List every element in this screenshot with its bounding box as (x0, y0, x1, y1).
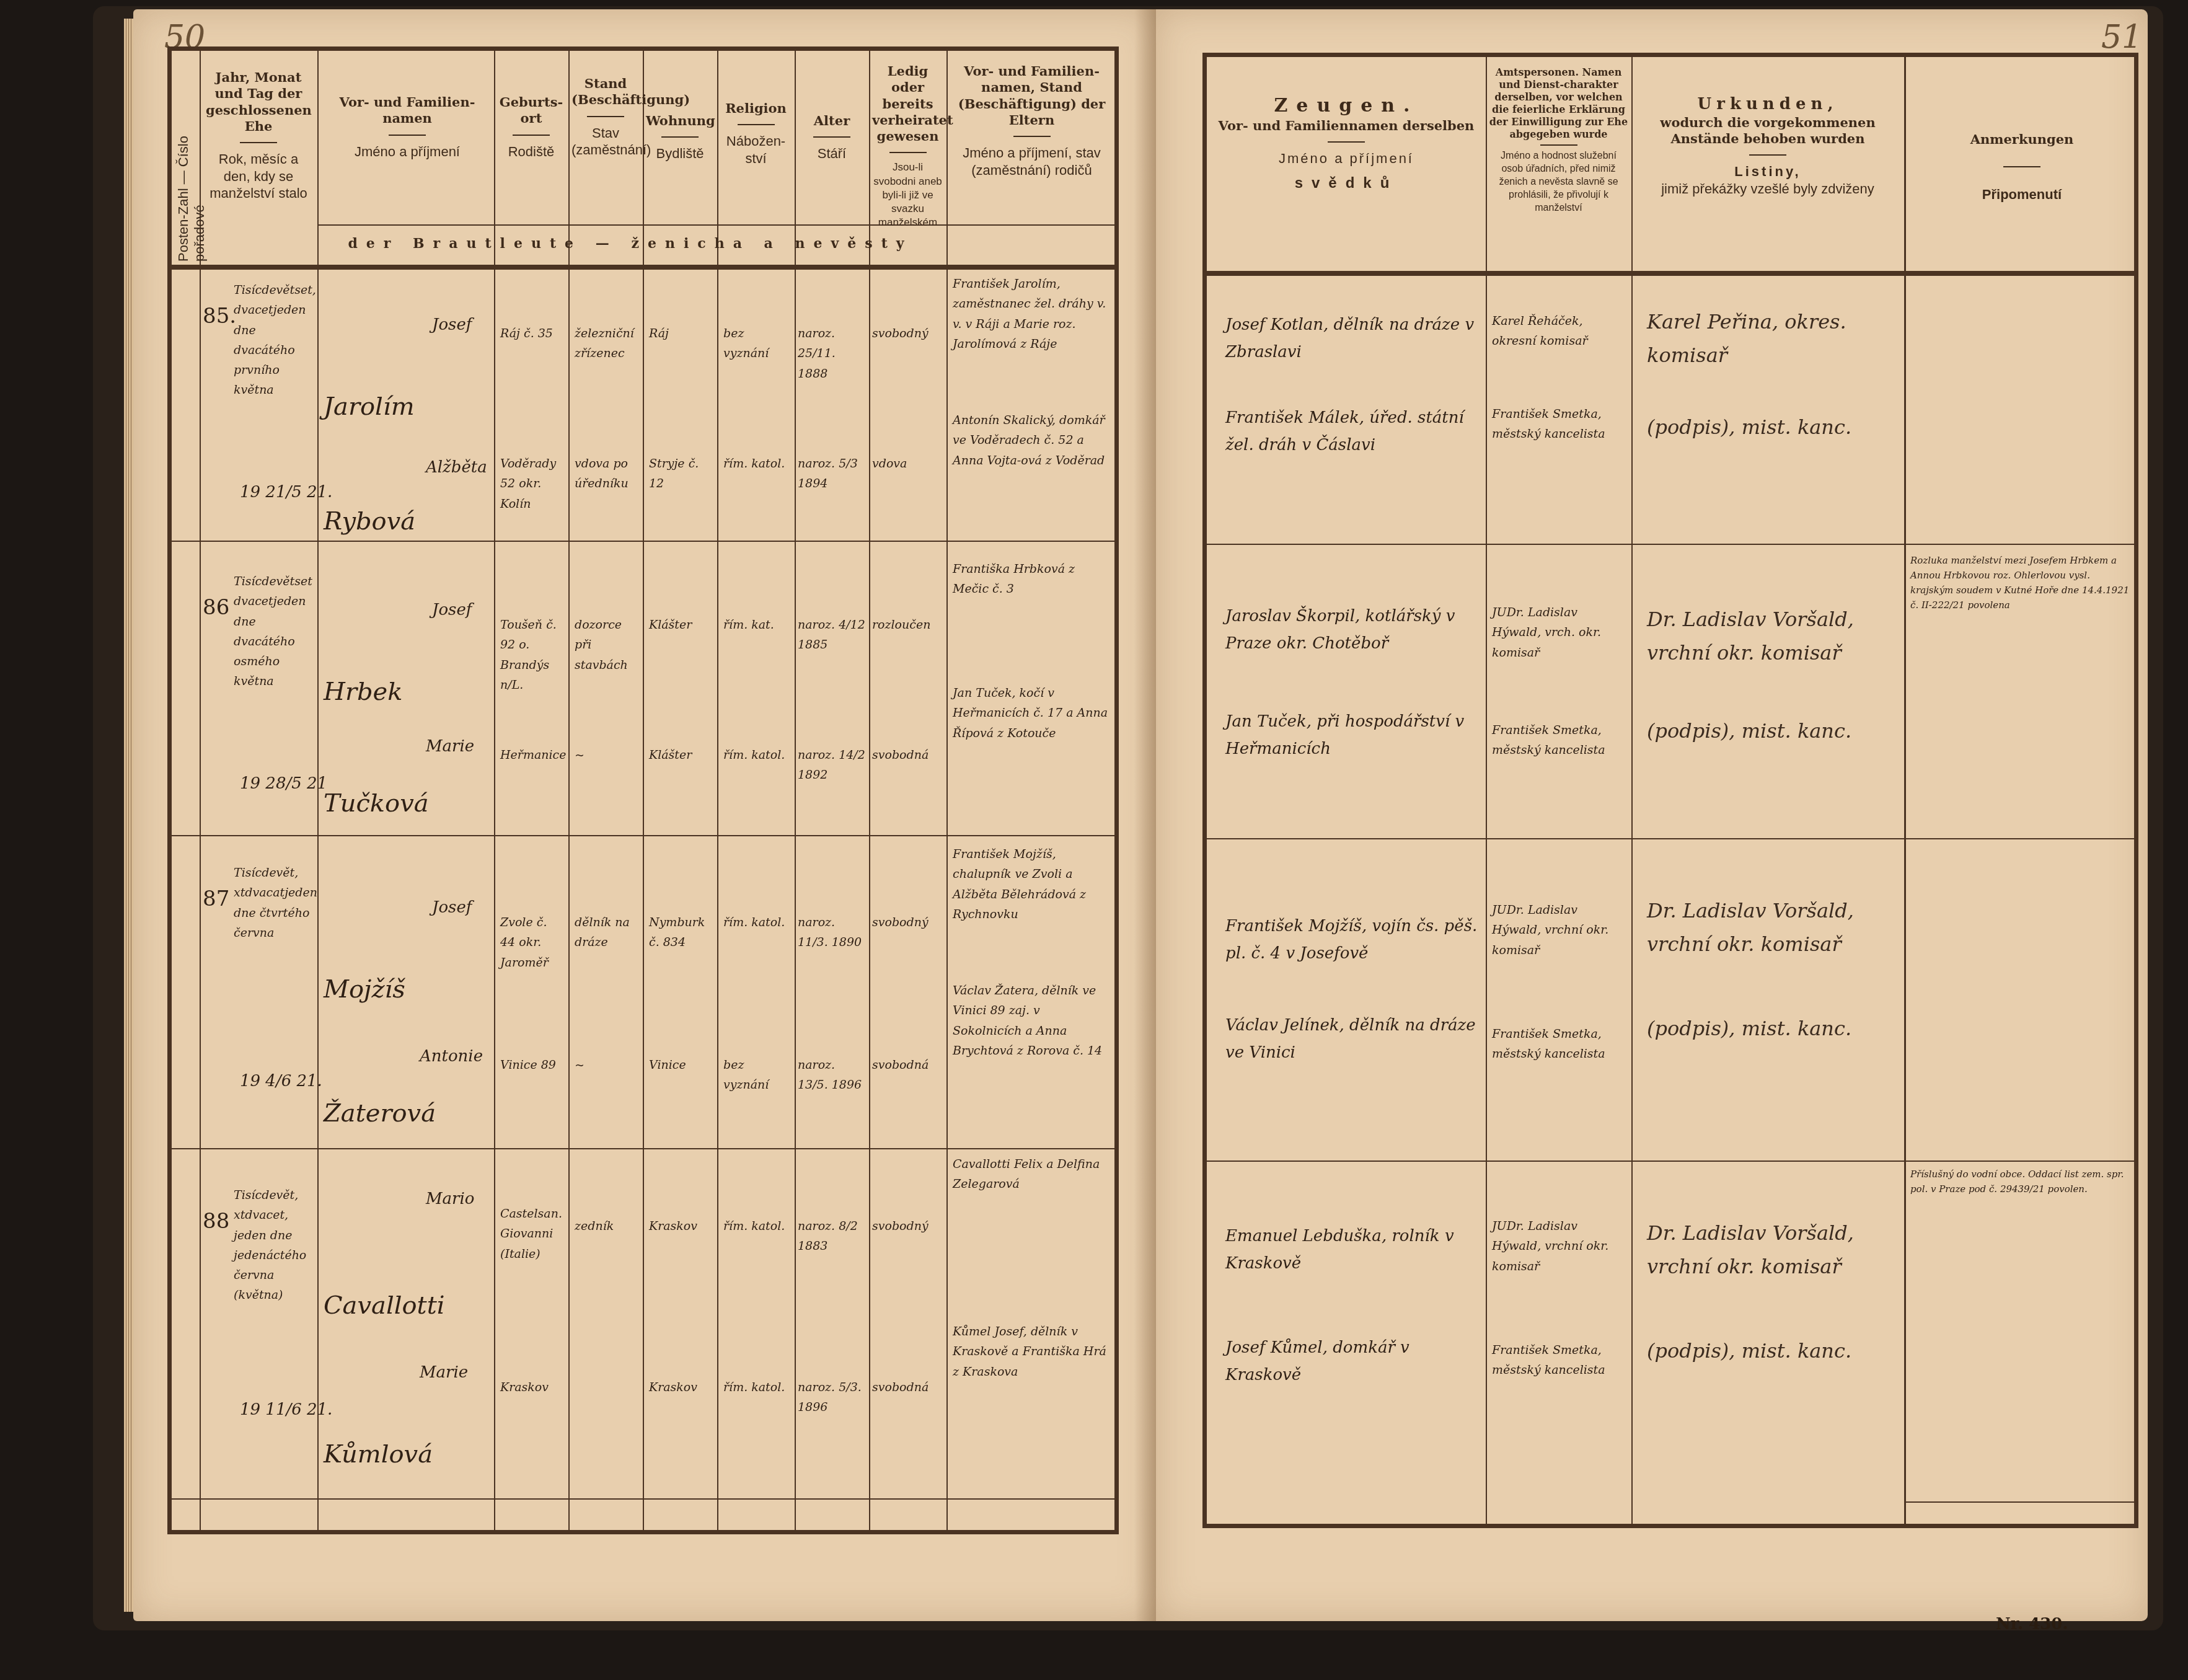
document-signature-1: Dr. Ladislav Voršald, vrchní okr. komisa… (1647, 1216, 1895, 1284)
header-post-number: Posten-Zahl — Číslo pořadové (175, 76, 208, 262)
groom-parents: Františka Hrbková z Mečic č. 3 (953, 559, 1111, 599)
row-divider (172, 541, 1114, 542)
bride-residence: Klášter (649, 745, 714, 765)
groom-residence: Ráj (649, 324, 714, 343)
left-register-table: Posten-Zahl — Číslo pořadové Jahr, Monat… (167, 46, 1119, 1534)
groom-first-name: Josef (432, 596, 472, 624)
bride-first-name: Marie (420, 1359, 468, 1386)
row-divider (1207, 544, 2134, 545)
groom-last-name: Jarolím (324, 386, 415, 428)
form-number: Nr. 430. (1996, 1615, 2068, 1634)
bride-status: vdova po úředníku (575, 454, 640, 494)
header-name: Vor- und Familien-namen Jméno a příjmení (324, 94, 491, 160)
groom-parents: Cavallotti Felix a Delfina Zelegarová (953, 1154, 1111, 1195)
groom-first-name: Josef (432, 311, 472, 338)
entry-date: 19 28/5 21 (240, 770, 327, 797)
entry-date: 19 4/6 21. (240, 1068, 322, 1095)
bride-age: naroz. 5/3 1894 (798, 454, 866, 494)
document-signature-2: (podpis), mist. kanc. (1647, 714, 1895, 748)
groom-status: dozorce při stavbách (575, 615, 640, 675)
entry-date-words: Tisícdevět, xtdvacet, jeden dne jedenáct… (234, 1185, 314, 1306)
row-divider (1207, 1161, 2134, 1162)
bride-age: naroz. 5/3. 1896 (798, 1377, 866, 1418)
groom-last-name: Cavallotti (324, 1284, 445, 1327)
col-divider (946, 51, 948, 1530)
col-divider (494, 51, 495, 1530)
entry-date-words: Tisícdevětset, dvacetjeden dne dvacátého… (234, 280, 314, 400)
groom-age: naroz. 25/11. 1888 (798, 324, 866, 384)
entry-number: 88 (203, 1204, 229, 1240)
entry-number: 85. (203, 299, 236, 335)
witness-2: František Málek, úřed. státní žel. dráh … (1225, 404, 1480, 459)
bride-birthplace: Heřmanice (500, 745, 565, 765)
header-date: Jahr, Monat und Tag der geschlossenen Eh… (206, 69, 311, 202)
header-residence: Wohnung Bydliště (646, 113, 714, 162)
bride-residence: Stryje č. 12 (649, 454, 714, 494)
witness-2: Josef Kůmel, domkář v Kraskově (1225, 1334, 1480, 1389)
row-divider (1207, 838, 2134, 839)
groom-single: svobodný (872, 913, 943, 932)
bride-single: svobodná (872, 1377, 943, 1397)
official-1: JUDr. Ladislav Hýwald, vrchní okr. komis… (1492, 900, 1628, 960)
witness-1: František Mojžíš, vojín čs. pěš. pl. č. … (1225, 913, 1480, 967)
groom-age: naroz. 11/3. 1890 (798, 913, 866, 953)
bride-first-name: Alžběta (426, 454, 487, 481)
header-band-couple: der Brautleute — ženicha a nevěsty (320, 236, 940, 253)
official-1: JUDr. Ladislav Hýwald, vrchní okr. komis… (1492, 1216, 1628, 1276)
bride-residence: Kraskov (649, 1377, 714, 1397)
witness-1: Emanuel Lebduška, rolník v Kraskově (1225, 1222, 1480, 1277)
header-age: Alter Stáří (798, 113, 866, 162)
bride-first-name: Antonie (420, 1043, 483, 1070)
col-divider (1904, 57, 1906, 1524)
row-divider (172, 1498, 1114, 1500)
witness-1: Josef Kotlan, dělník na dráze v Zbraslav… (1225, 311, 1480, 366)
document-signature-1: Dr. Ladislav Voršald, vrchní okr. komisa… (1647, 894, 1895, 962)
right-page-number: 51 (2101, 19, 2142, 56)
witness-1: Jaroslav Škorpil, kotlářský v Praze okr.… (1225, 603, 1480, 657)
entry-date-words: Tisícdevět, xtdvacatjeden dne čtvrtého č… (234, 863, 314, 943)
groom-birthplace: Toušeň č. 92 o. Brandýs n/L. (500, 615, 565, 695)
col-divider (568, 51, 570, 1530)
bride-birthplace: Vinice 89 (500, 1055, 565, 1075)
bride-residence: Vinice (649, 1055, 714, 1075)
header-single: Ledig oder bereits verheiratet gewesen J… (872, 63, 943, 230)
groom-status: zedník (575, 1216, 640, 1236)
groom-age: naroz. 8/2 1883 (798, 1216, 866, 1257)
col-divider (869, 51, 870, 1530)
bride-religion: řím. katol. (723, 745, 792, 765)
document-signature-1: Dr. Ladislav Voršald, vrchní okr. komisa… (1647, 603, 1895, 670)
bride-religion: bez vyznání (723, 1055, 792, 1095)
groom-residence: Klášter (649, 615, 714, 635)
bride-single: vdova (872, 454, 943, 474)
groom-first-name: Josef (432, 894, 472, 921)
official-2: František Smetka, městský kancelista (1492, 1340, 1628, 1381)
header-bottom-rule (1207, 271, 2134, 276)
header-divider (317, 224, 1114, 226)
groom-religion: bez vyznání (723, 324, 792, 364)
document-signature-1: Karel Peřina, okres. komisař (1647, 305, 1895, 373)
bride-religion: řím. katol. (723, 454, 792, 474)
row-divider (172, 835, 1114, 836)
groom-status: železniční zřízenec (575, 324, 640, 364)
bride-last-name: Kůmlová (324, 1433, 433, 1475)
col-divider (1486, 57, 1487, 1524)
official-2: František Smetka, městský kancelista (1492, 1024, 1628, 1064)
header-documents: Urkunden, wodurch die vorgekommenen Anst… (1634, 94, 1901, 197)
entry-date: 19 21/5 21. (240, 479, 332, 506)
groom-first-name: Mario (426, 1185, 475, 1213)
official-2: František Smetka, městský kancelista (1492, 720, 1628, 761)
bride-parents: Kůmel Josef, dělník v Kraskově a Františ… (953, 1322, 1111, 1382)
official-1: JUDr. Ladislav Hýwald, vrch. okr. komisa… (1492, 603, 1628, 663)
groom-religion: řím. katol. (723, 1216, 792, 1236)
row-divider (172, 1148, 1114, 1149)
groom-birthplace: Castelsan. Giovanni (Italie) (500, 1204, 565, 1264)
bride-birthplace: Kraskov (500, 1377, 565, 1397)
groom-parents: František Jarolím, zaměstnanec žel. dráh… (953, 274, 1111, 354)
bride-status: ~ (575, 1055, 640, 1075)
bride-parents: Václav Žatera, dělník ve Vinici 89 zaj. … (953, 981, 1111, 1061)
header-bottom-rule (172, 265, 1114, 270)
witness-2: Jan Tuček, při hospodářství v Heřmanicíc… (1225, 708, 1480, 763)
bride-parents: Jan Tuček, kočí v Heřmanicích č. 17 a An… (953, 683, 1111, 743)
col-divider (717, 51, 718, 1530)
entry-number: 87 (203, 882, 229, 917)
entry-number: 86 (203, 590, 229, 626)
official-2: František Smetka, městský kancelista (1492, 404, 1628, 444)
header-religion: Religion Nábožen-ství (720, 100, 792, 167)
bride-last-name: Žaterová (324, 1092, 436, 1134)
entry-date: 19 11/6 21. (240, 1396, 332, 1423)
header-status: Stand (Beschäftigung) Stav (zaměstnání) (571, 76, 640, 159)
bride-single: svobodná (872, 1055, 943, 1075)
right-register-table: Zeugen. Vor- und Familiennamen derselben… (1202, 53, 2138, 1528)
groom-birthplace: Ráj č. 35 (500, 324, 565, 343)
header-birthplace: Geburts-ort Rodiště (497, 94, 565, 160)
header-parents: Vor- und Familien-namen, Stand (Beschäft… (950, 63, 1114, 179)
bride-parents: Antonín Skalický, domkář ve Voděradech č… (953, 410, 1111, 471)
col-divider (643, 51, 644, 1530)
remark-text: Příslušný do vodní obce. Oddací list zem… (1910, 1167, 2133, 1196)
row-divider (1904, 1501, 2134, 1503)
entry-date-words: Tisícdevětset dvacetjeden dne dvacátého … (234, 572, 314, 692)
groom-residence: Nymburk č. 834 (649, 913, 714, 953)
bride-age: naroz. 14/2 1892 (798, 745, 866, 785)
header-officials: Amtspersonen. Namen und Dienst-charakter… (1489, 66, 1628, 214)
header-remarks: Anmerkungen Připomenutí (1910, 131, 2133, 203)
groom-last-name: Mojžíš (324, 968, 405, 1010)
col-divider (795, 51, 796, 1530)
groom-religion: řím. katol. (723, 913, 792, 932)
col-divider (200, 51, 201, 1530)
groom-parents: František Mojžíš, chalupník ve Zvoli a A… (953, 844, 1111, 924)
document-signature-2: (podpis), mist. kanc. (1647, 1012, 1895, 1045)
bride-single: svobodná (872, 745, 943, 765)
official-1: Karel Řeháček, okresní komisař (1492, 311, 1628, 351)
groom-last-name: Hrbek (324, 671, 403, 713)
groom-status: dělník na dráze (575, 913, 640, 953)
bride-birthplace: Voděrady 52 okr. Kolín (500, 454, 565, 514)
bride-status: ~ (575, 745, 640, 765)
header-witnesses: Zeugen. Vor- und Familiennamen derselben… (1213, 94, 1480, 193)
groom-residence: Kraskov (649, 1216, 714, 1236)
groom-single: svobodný (872, 324, 943, 343)
bride-last-name: Rybová (324, 500, 415, 542)
col-divider (1631, 57, 1633, 1524)
groom-age: naroz. 4/12 1885 (798, 615, 866, 655)
document-signature-2: (podpis), mist. kanc. (1647, 410, 1895, 444)
groom-single: svobodný (872, 1216, 943, 1236)
bride-age: naroz. 13/5. 1896 (798, 1055, 866, 1095)
bride-first-name: Marie (426, 733, 474, 760)
bride-last-name: Tučková (324, 782, 429, 825)
document-signature-2: (podpis), mist. kanc. (1647, 1334, 1895, 1368)
groom-birthplace: Zvole č. 44 okr. Jaroměř (500, 913, 565, 973)
witness-2: Václav Jelínek, dělník na dráze ve Vinic… (1225, 1012, 1480, 1066)
groom-single: rozloučen (872, 615, 943, 635)
remark-text: Rozluka manželství mezi Josefem Hrbkem a… (1910, 553, 2133, 612)
bride-religion: řím. katol. (723, 1377, 792, 1397)
groom-religion: řím. kat. (723, 615, 792, 635)
